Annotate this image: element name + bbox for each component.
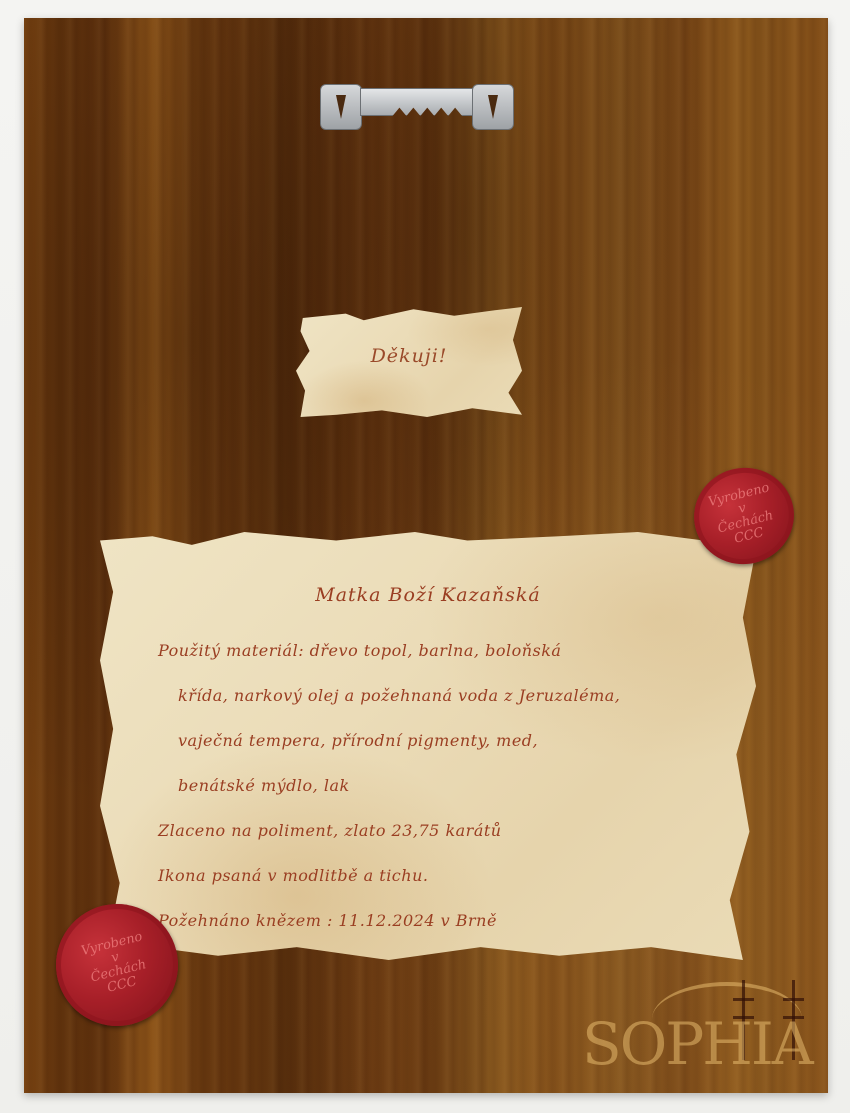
note-line-materials-cont-3: benátské mýdlo, lak <box>158 763 736 808</box>
note-line-materials-cont-2: vaječná tempera, přírodní pigmenty, med, <box>158 718 736 763</box>
nail-slot-icon <box>488 95 498 119</box>
note-title: Matka Boží Kazaňská <box>100 584 756 606</box>
note-line-blessing: Požehnáno knězem : 11.12.2024 v Brně <box>158 898 736 943</box>
note-line-materials: Použitý materiál: dřevo topol, barlna, b… <box>158 628 736 673</box>
hanger-sawtooth-bar <box>360 88 476 116</box>
sophia-logo: SOPHIA <box>582 1000 818 1080</box>
hanger-right-ear <box>472 84 514 130</box>
sawtooth-hanger-icon <box>320 84 514 130</box>
hanger-left-ear <box>320 84 362 130</box>
thanks-text: Děkuji! <box>296 345 522 367</box>
note-body: Použitý materiál: dřevo topol, barlna, b… <box>158 628 736 943</box>
note-line-prayer: Ikona psaná v modlitbě a tichu. <box>158 853 736 898</box>
certificate-note: Matka Boží Kazaňská Použitý materiál: dř… <box>100 532 756 960</box>
thanks-note: Děkuji! <box>296 307 522 417</box>
note-line-materials-cont-1: křída, narkový olej a požehnaná voda z J… <box>158 673 736 718</box>
logo-text: SOPHIA <box>582 1010 812 1078</box>
note-line-gilding: Zlaceno na poliment, zlato 23,75 karátů <box>158 808 736 853</box>
nail-slot-icon <box>336 95 346 119</box>
